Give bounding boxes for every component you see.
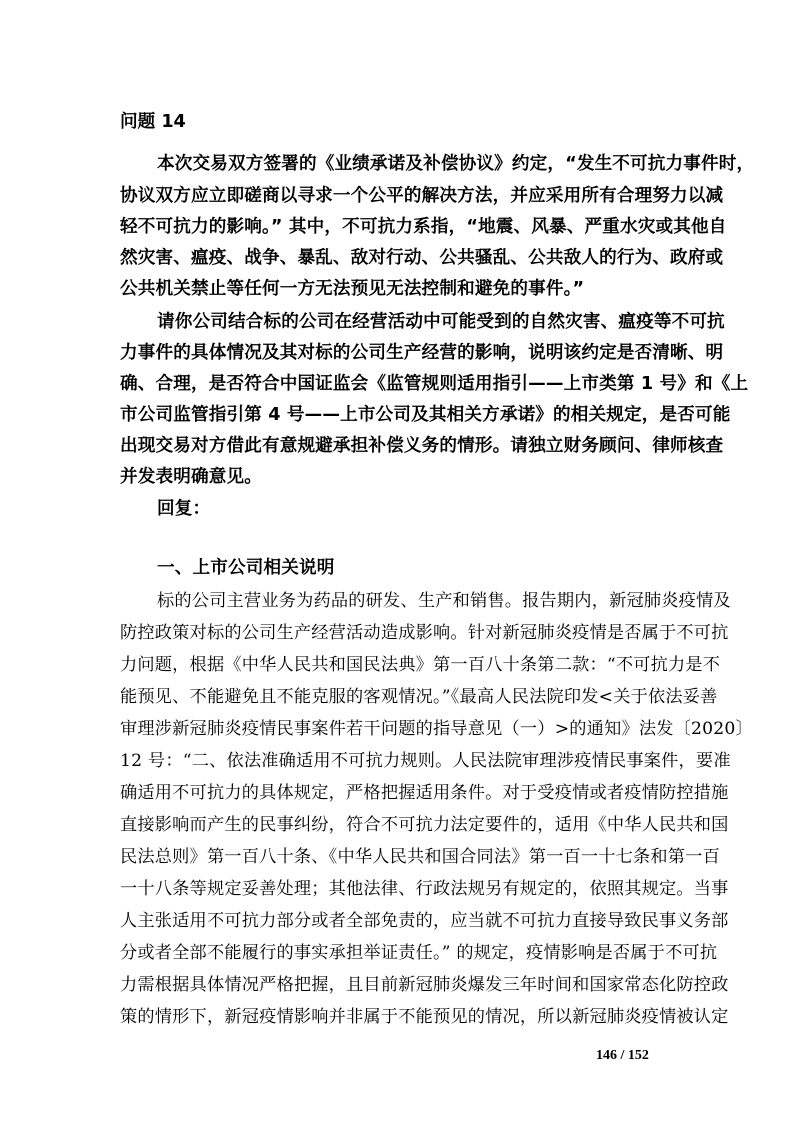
section-heading: 一、上市公司相关说明 — [157, 557, 670, 579]
question-para1-line-5: 公共机关禁止等任何一方无法预见无法控制和避免的事件。” — [120, 278, 670, 300]
question-para2-line-5: 出现交易对方借此有意规避承担补偿义务的情形。请独立财务顾问、律师核查 — [120, 435, 670, 457]
question-para2-line-1: 请你公司结合标的公司在经营活动中可能受到的自然灾害、瘟疫等不可抗 — [157, 311, 670, 333]
question-para1-line-4: 然灾害、瘟疫、战争、暴乱、敌对行动、公共骚乱、公共敌人的行为、政府或 — [120, 247, 670, 269]
body-line-6: 12 号：“二、依法准确适用不可抗力规则。人民法院审理涉疫情民事案件，要准 — [120, 750, 670, 772]
body-line-5: 审理涉新冠肺炎疫情民事案件若干问题的指导意见（一）>的通知》法发〔2020〕 — [120, 718, 670, 740]
question-title: 问题 14 — [120, 111, 670, 133]
body-line-8: 直接影响而产生的民事纠纷，符合不可抗力法定要件的，适用《中华人民共和国 — [120, 814, 670, 836]
question-para2-line-4: 市公司监管指引第 4 号——上市公司及其相关方承诺》的相关规定，是否可能 — [120, 404, 670, 426]
question-para1-line-2: 协议双方应立即磋商以寻求一个公平的解决方法，并应采用所有合理努力以减 — [120, 185, 670, 207]
question-para2-line-2: 力事件的具体情况及其对标的公司生产经营的影响，说明该约定是否清晰、明 — [120, 342, 670, 364]
body-line-13: 力需根据具体情况严格把握，且目前新冠肺炎爆发三年时间和国家常态化防控政 — [120, 974, 670, 996]
body-line-10: 一十八条等规定妥善处理；其他法律、行政法规另有规定的，依照其规定。当事 — [120, 878, 670, 900]
body-line-14: 策的情形下，新冠疫情影响并非属于不能预见的情况，所以新冠肺炎疫情被认定 — [120, 1006, 670, 1028]
question-para2-line-3: 确、合理，是否符合中国证监会《监管规则适用指引——上市类第 1 号》和《上 — [120, 373, 670, 395]
question-para1-line-1: 本次交易双方签署的《业绩承诺及补偿协议》约定，“发生不可抗力事件时， — [157, 153, 670, 175]
body-line-7: 确适用不可抗力的具体规定，严格把握适用条件。对于受疫情或者疫情防控措施 — [120, 782, 670, 804]
body-line-1: 标的公司主营业务为药品的研发、生产和销售。报告期内，新冠肺炎疫情及 — [157, 590, 670, 612]
reply-label: 回复： — [157, 498, 670, 520]
body-line-9: 民法总则》第一百八十条、《中华人民共和国合同法》第一百一十七条和第一百 — [120, 846, 670, 868]
body-line-12: 分或者全部不能履行的事实承担举证责任。” 的规定，疫情影响是否属于不可抗 — [120, 942, 670, 964]
question-para1-line-3: 轻不可抗力的影响。” 其中，不可抗力系指，“地震、风暴、严重水灾或其他自 — [120, 216, 670, 238]
body-line-3: 力问题，根据《中华人民共和国民法典》第一百八十条第二款：“不可抗力是不 — [120, 654, 670, 676]
document-page: 问题 14 本次交易双方签署的《业绩承诺及补偿协议》约定，“发生不可抗力事件时，… — [0, 0, 793, 1122]
question-para2-line-6: 并发表明确意见。 — [120, 466, 670, 488]
body-line-4: 能预见、不能避免且不能克服的客观情况。”《最高人民法院印发<关于依法妥善 — [120, 686, 670, 708]
body-line-11: 人主张适用不可抗力部分或者全部免责的，应当就不可抗力直接导致民事义务部 — [120, 910, 670, 932]
body-line-2: 防控政策对标的公司生产经营活动造成影响。针对新冠肺炎疫情是否属于不可抗 — [120, 622, 670, 644]
page-number: 146 / 152 — [596, 1048, 649, 1064]
